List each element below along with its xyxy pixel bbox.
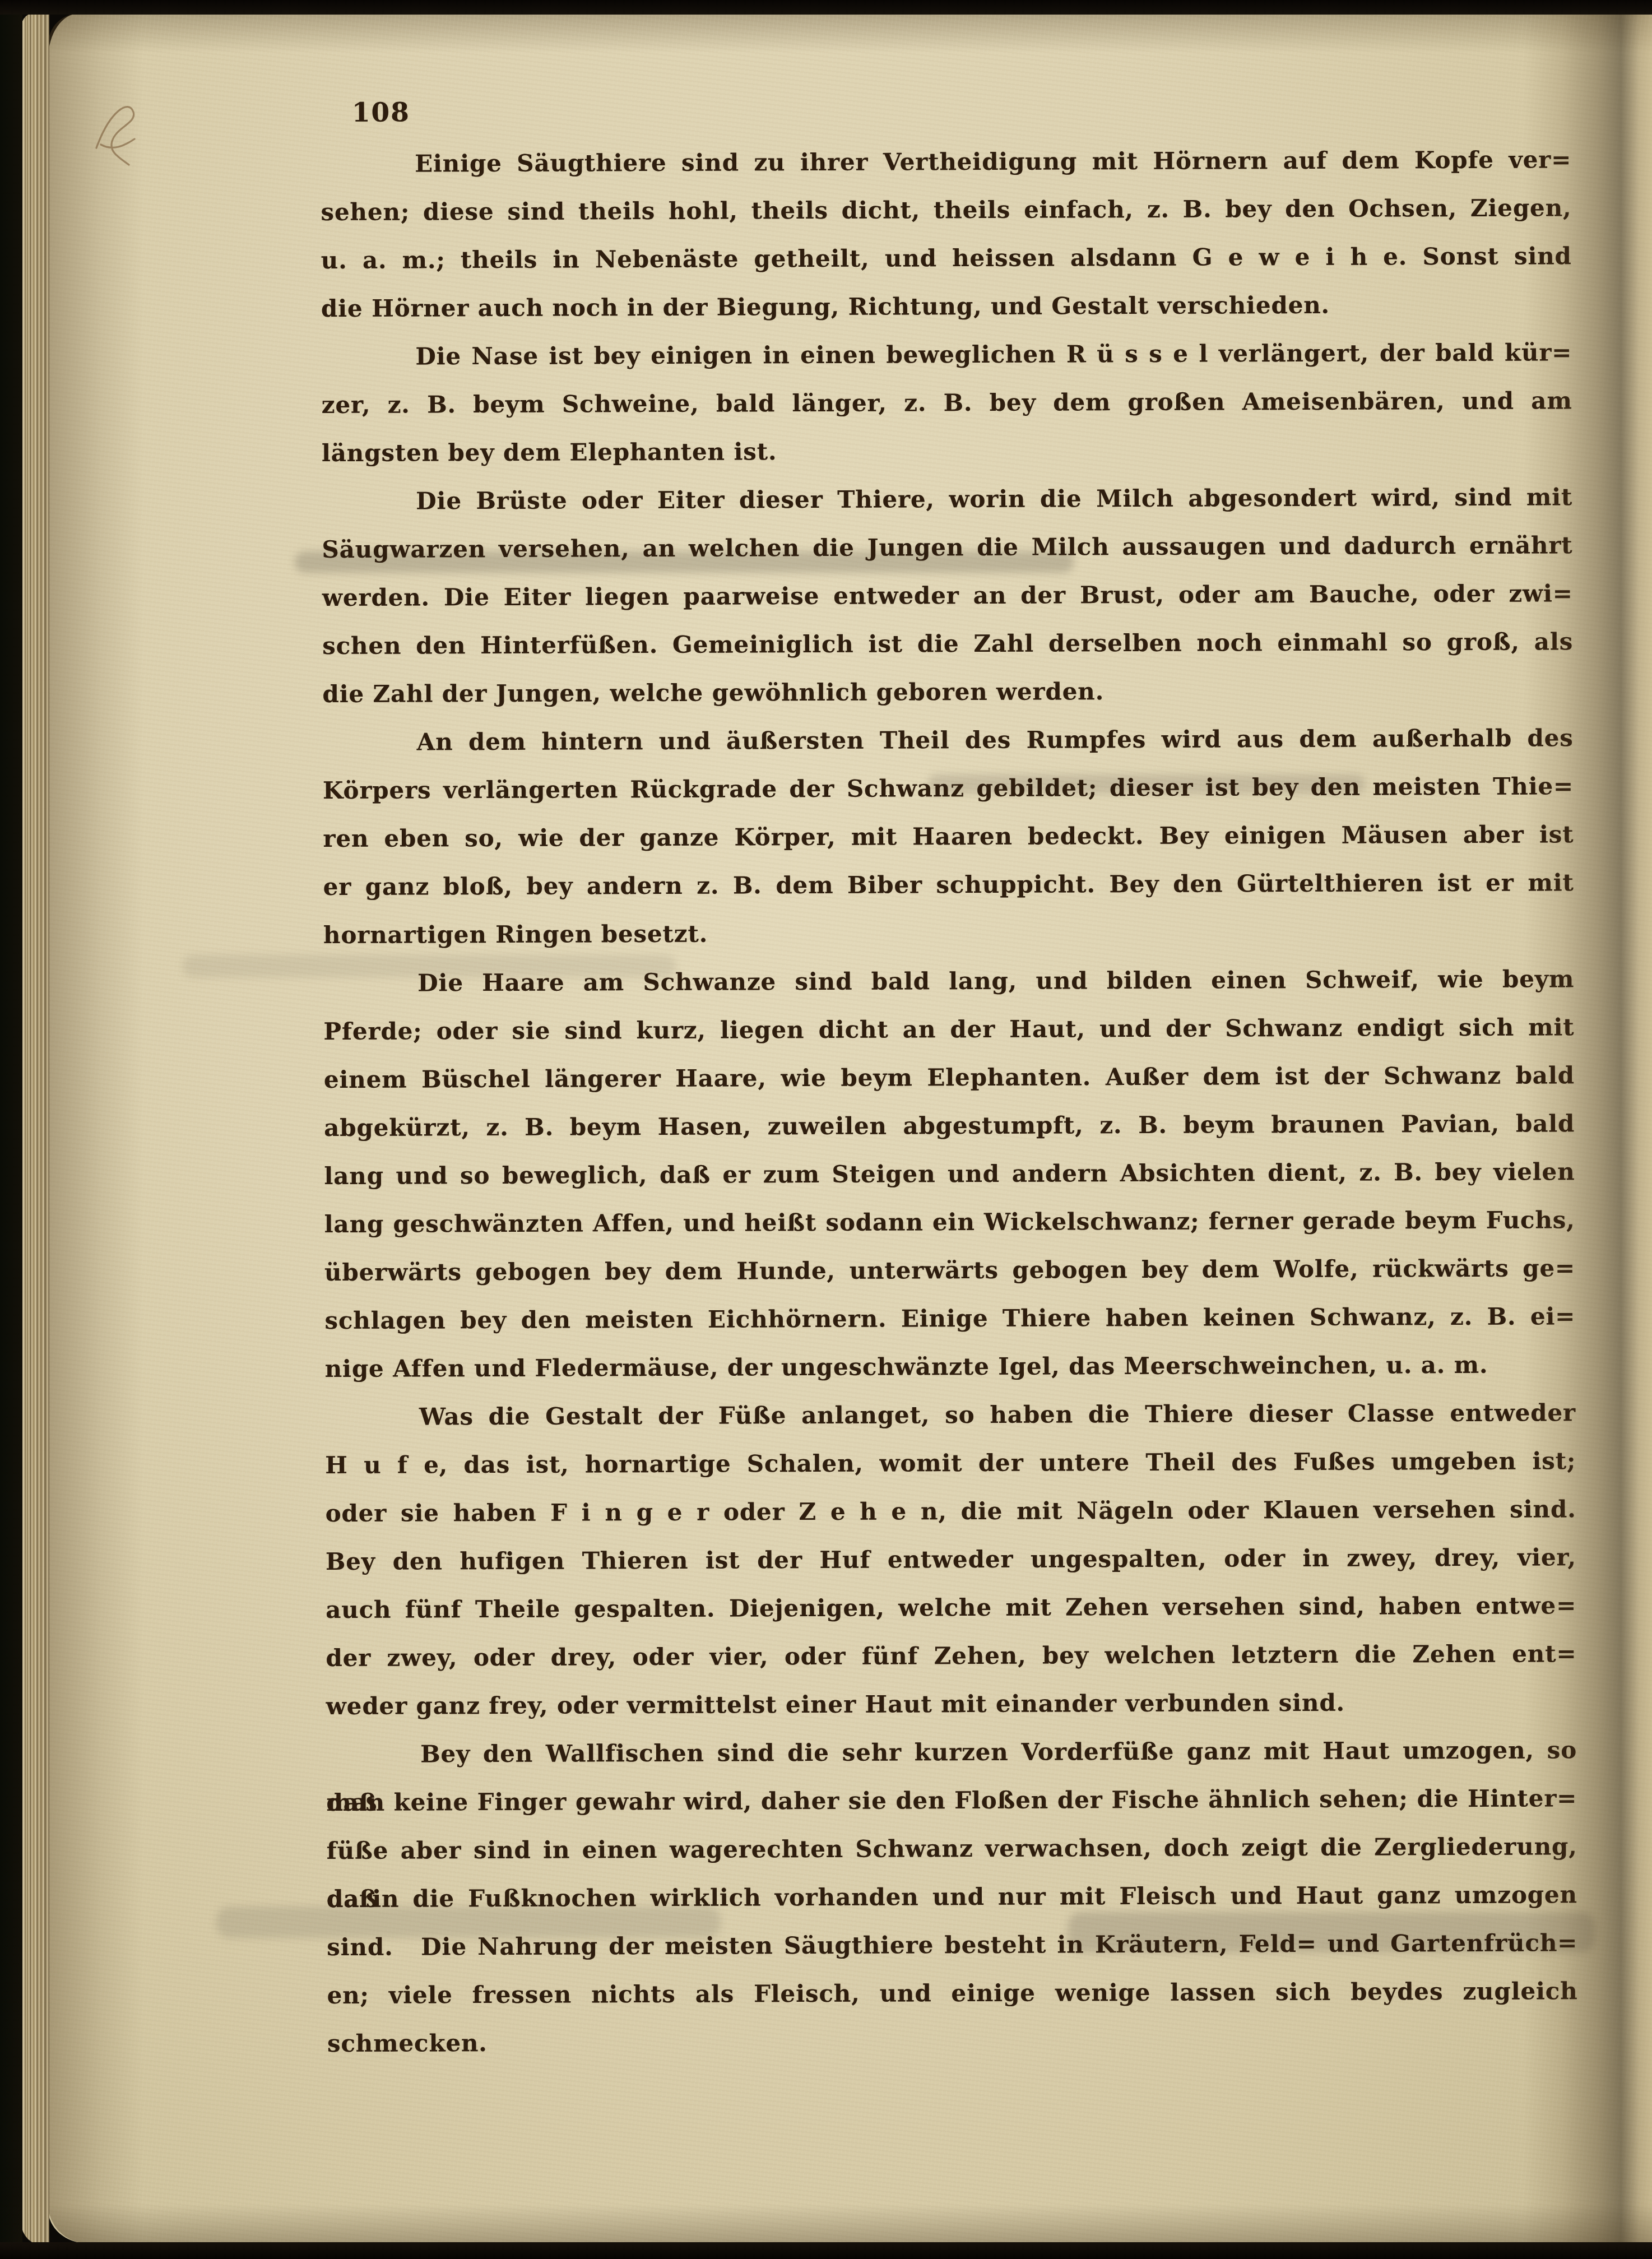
text-line: Die Brüste oder Eiter dieser Thiere, wor… xyxy=(322,473,1572,526)
text-line: lang und so beweglich, daß er zum Steige… xyxy=(324,1148,1575,1200)
text-line: ren eben so, wie der ganze Körper, mit H… xyxy=(323,810,1574,863)
page-stack-edges xyxy=(21,12,49,2246)
text-line: er ganz bloß, bey andern z. B. dem Biber… xyxy=(323,859,1574,911)
text-line: die Zahl der Jungen, welche gewöhnlich g… xyxy=(322,666,1573,718)
text-line: Körpers verlängerten Rückgrade der Schwa… xyxy=(323,762,1574,815)
text-line: Bey den hufigen Thieren ist der Huf entw… xyxy=(326,1533,1576,1586)
book-scan: 108 Einige Säugthiere sind zu ihrer Vert… xyxy=(0,0,1652,2259)
book-edge-top xyxy=(0,0,1652,15)
text-line: Die Nahrung der meisten Säugthiere beste… xyxy=(327,1919,1577,1972)
text-line: sehen; diese sind theils hohl, theils di… xyxy=(321,184,1571,236)
text-line: die Hörner auch noch in der Biegung, Ric… xyxy=(321,280,1572,333)
text-line: nige Affen und Fledermäuse, der ungeschw… xyxy=(325,1340,1576,1393)
page-content: 108 Einige Säugthiere sind zu ihrer Vert… xyxy=(48,9,1652,2244)
text-line: überwärts gebogen bey dem Hunde, unterwä… xyxy=(324,1244,1575,1297)
text-line: längsten bey dem Elephanten ist. xyxy=(322,425,1572,477)
text-line: zer, z. B. beym Schweine, bald länger, z… xyxy=(322,377,1572,429)
text-line: An dem hintern und äußersten Theil des R… xyxy=(323,714,1574,767)
book-edge-bottom xyxy=(0,2242,1652,2259)
text-line: H u f e, das ist, hornartige Schalen, wo… xyxy=(325,1437,1576,1490)
text-line: einem Büschel längerer Haare, wie beym E… xyxy=(324,1051,1575,1104)
text-line: en; viele fressen nichts als Fleisch, un… xyxy=(327,1967,1577,2020)
text-line: lang geschwänzten Affen, und heißt sodan… xyxy=(324,1196,1575,1249)
text-line: schlagen bey den meisten Eichhörnern. Ei… xyxy=(324,1292,1575,1345)
text-line: auch fünf Theile gespalten. Diejenigen, … xyxy=(326,1581,1576,1634)
text-line: man keine Finger gewahr wird, daher sie … xyxy=(326,1774,1577,1827)
text-line: schen den Hinterfüßen. Gemeiniglich ist … xyxy=(322,618,1573,670)
text-column: Einige Säugthiere sind zu ihrer Vertheid… xyxy=(321,136,1578,2020)
text-line: werden. Die Eiter liegen paarweise entwe… xyxy=(322,569,1573,622)
text-line: darin die Fußknochen wirklich vorhanden … xyxy=(327,1871,1577,1923)
text-line: oder sie haben F i n g e r oder Z e h e … xyxy=(325,1485,1576,1538)
text-line: Säugwarzen versehen, an welchen die Jung… xyxy=(322,521,1572,574)
book-edge-left xyxy=(0,0,22,2259)
page-number: 108 xyxy=(352,97,410,128)
text-line: Die Nase ist bey einigen in einen bewegl… xyxy=(321,328,1572,381)
text-line: Einige Säugthiere sind zu ihrer Vertheid… xyxy=(321,136,1571,188)
text-line: abgekürzt, z. B. beym Hasen, zuweilen ab… xyxy=(324,1100,1575,1152)
text-line: Bey den Wallfischen sind die sehr kurzen… xyxy=(326,1726,1577,1779)
page-paper: 108 Einige Säugthiere sind zu ihrer Vert… xyxy=(48,13,1652,2243)
text-line: Was die Gestalt der Füße anlanget, so ha… xyxy=(325,1389,1576,1441)
text-line: Pferde; oder sie sind kurz, liegen dicht… xyxy=(323,1003,1574,1056)
text-line: u. a. m.; theils in Nebenäste getheilt, … xyxy=(321,232,1572,285)
text-line: Die Haare am Schwanze sind bald lang, un… xyxy=(323,955,1574,1008)
text-line: füße aber sind in einen wagerechten Schw… xyxy=(327,1822,1577,1875)
text-line: hornartigen Ringen besetzt. xyxy=(323,907,1574,959)
text-line: weder ganz frey, oder vermittelst einer … xyxy=(326,1678,1577,1731)
text-line: der zwey, oder drey, oder vier, oder fün… xyxy=(326,1630,1576,1682)
